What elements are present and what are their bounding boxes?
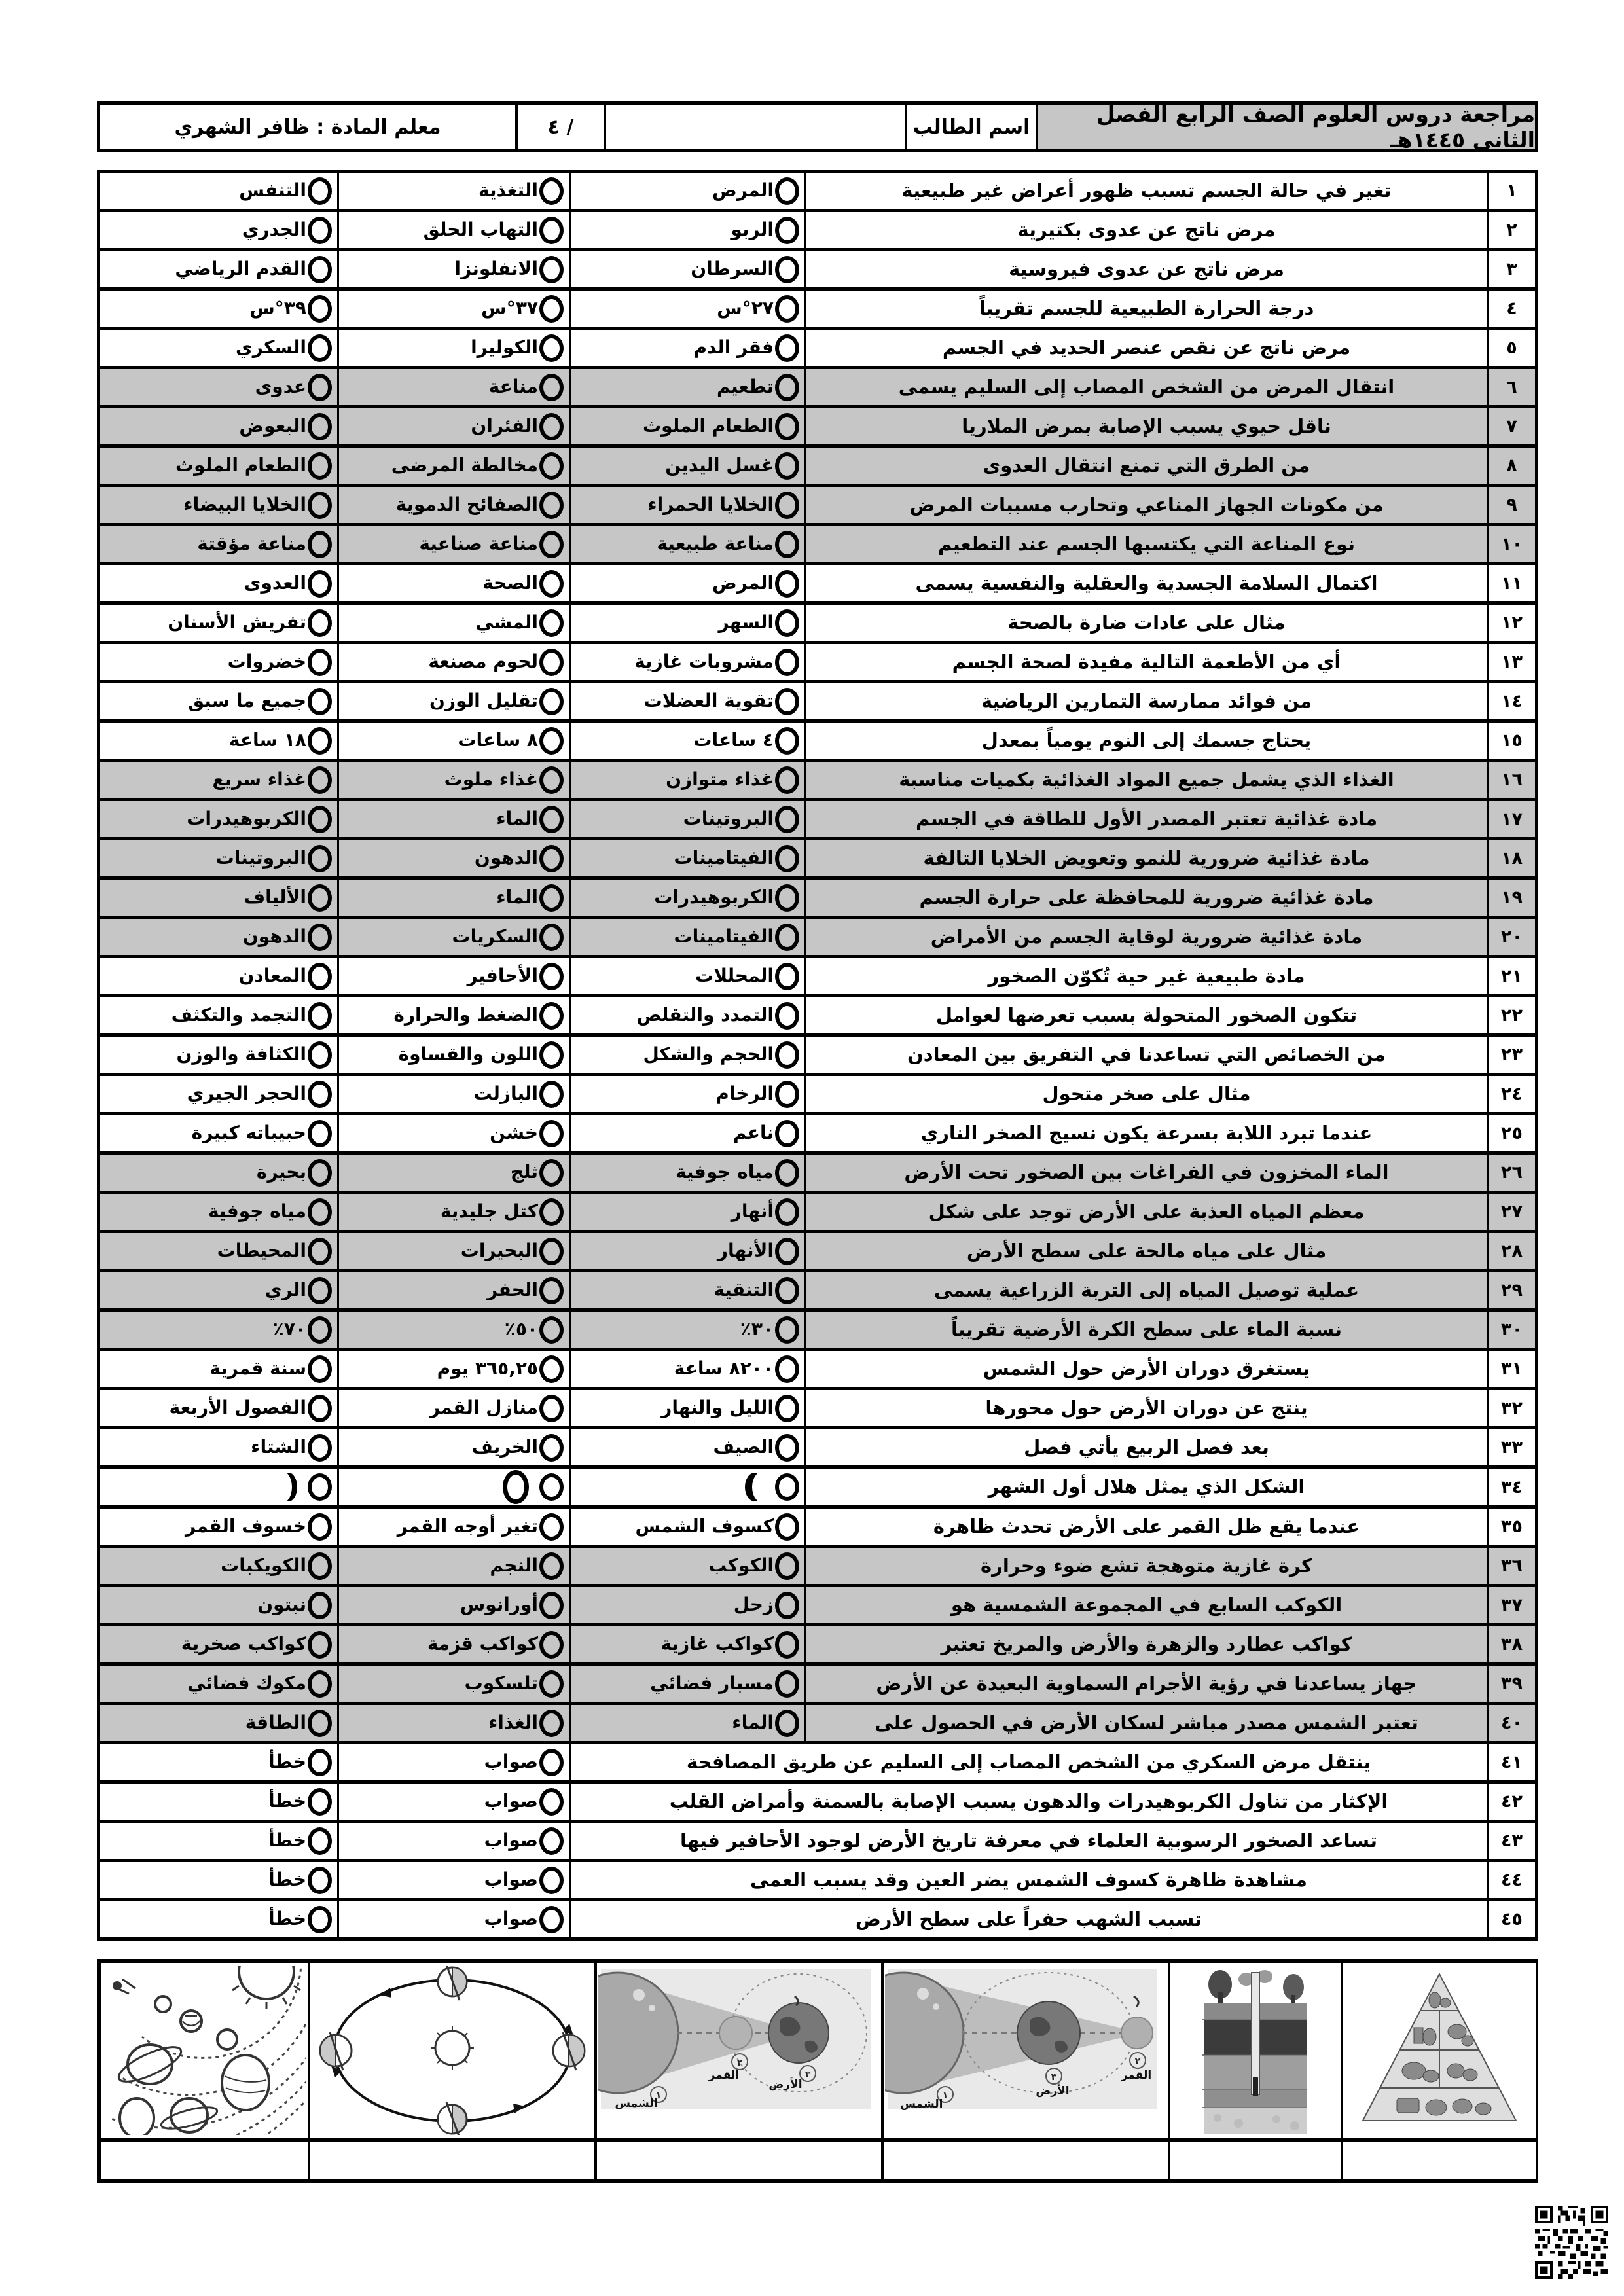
- answer-radio[interactable]: [775, 1355, 799, 1383]
- answer-radio[interactable]: [308, 1002, 332, 1030]
- option-cell: تقليل الوزن: [337, 683, 569, 719]
- answer-radio[interactable]: [775, 334, 799, 362]
- answer-radio[interactable]: [308, 1395, 332, 1422]
- question-number: ٣: [1487, 251, 1535, 287]
- option-cell: زحل: [569, 1587, 804, 1623]
- answer-radio[interactable]: [539, 1395, 564, 1422]
- question-number: ٢٣: [1487, 1037, 1535, 1073]
- answer-radio[interactable]: [775, 1081, 799, 1108]
- option-label: خضروات: [228, 652, 306, 672]
- answer-radio[interactable]: [308, 1316, 332, 1344]
- answer-radio[interactable]: [539, 806, 564, 833]
- answer-box[interactable]: [884, 2142, 1170, 2179]
- answer-radio[interactable]: [775, 1316, 799, 1344]
- answer-radio[interactable]: [539, 531, 564, 558]
- answer-radio[interactable]: [539, 374, 564, 401]
- answer-radio[interactable]: [775, 884, 799, 912]
- answer-radio[interactable]: [539, 1473, 564, 1501]
- question-text: مادة غذائية ضرورية للمحافظة على حرارة ال…: [804, 880, 1487, 916]
- option-cell: البحيرات: [337, 1233, 569, 1269]
- answer-radio[interactable]: [308, 1198, 332, 1226]
- question-text: من فوائد ممارسة التمارين الرياضية: [804, 683, 1487, 719]
- answer-radio[interactable]: [775, 1277, 799, 1304]
- answer-radio[interactable]: [775, 766, 799, 794]
- answer-radio[interactable]: [775, 1670, 799, 1698]
- option-cell: الأحافير: [337, 958, 569, 994]
- answer-radio[interactable]: [539, 1041, 564, 1069]
- answer-radio[interactable]: [539, 295, 564, 323]
- answer-radio[interactable]: [539, 727, 564, 755]
- answer-radio[interactable]: [539, 1710, 564, 1737]
- answer-radio[interactable]: [539, 177, 564, 205]
- answer-radio[interactable]: [308, 1081, 332, 1108]
- answer-radio[interactable]: [775, 727, 799, 755]
- answer-radio[interactable]: [539, 413, 564, 440]
- answer-radio[interactable]: [539, 492, 564, 519]
- svg-text:القمر: القمر: [708, 2069, 739, 2082]
- answer-radio[interactable]: [308, 531, 332, 558]
- question-number: ٢٧: [1487, 1194, 1535, 1230]
- answer-radio[interactable]: [775, 1592, 799, 1619]
- option-cell: [569, 1469, 804, 1505]
- question-row: ٢٩عملية توصيل المياه إلى التربة الزراعية…: [100, 1272, 1535, 1312]
- answer-radio[interactable]: [775, 688, 799, 715]
- answer-radio[interactable]: [775, 413, 799, 440]
- answer-radio[interactable]: [308, 688, 332, 715]
- answer-radio[interactable]: [539, 1788, 564, 1816]
- answer-radio[interactable]: [308, 1238, 332, 1265]
- answer-radio[interactable]: [308, 1159, 332, 1187]
- option-label: عدوى: [255, 377, 306, 397]
- option-cell: كسوف الشمس: [569, 1509, 804, 1545]
- answer-radio[interactable]: [308, 1827, 332, 1855]
- answer-radio[interactable]: [308, 1867, 332, 1894]
- option-cell: الحفر: [337, 1272, 569, 1308]
- answer-radio[interactable]: [539, 1316, 564, 1344]
- option-label: الكربوهيدرات: [654, 888, 774, 908]
- answer-radio[interactable]: [775, 217, 799, 244]
- question-number: ٣٩: [1487, 1666, 1535, 1702]
- answer-radio[interactable]: [308, 884, 332, 912]
- answer-radio[interactable]: [308, 1749, 332, 1776]
- option-cell: التغذية: [337, 173, 569, 209]
- option-label: مناعة طبيعية: [657, 534, 774, 554]
- crescent-right-icon: [280, 1473, 297, 1501]
- answer-radio[interactable]: [308, 1592, 332, 1619]
- answer-radio[interactable]: [308, 1120, 332, 1147]
- answer-radio[interactable]: [308, 295, 332, 323]
- question-row: ٤١ينتقل مرض السكري من الشخص المصاب إلى ا…: [100, 1744, 1535, 1784]
- option-label: تقليل الوزن: [429, 691, 538, 711]
- option-cell: غذاء ملوث: [337, 762, 569, 798]
- answer-radio[interactable]: [539, 256, 564, 283]
- question-row: ٢٢تتكون الصخور المتحولة بسبب تعرضها لعوا…: [100, 997, 1535, 1037]
- answer-radio[interactable]: [308, 845, 332, 872]
- option-cell: الصحة: [337, 565, 569, 601]
- answer-radio[interactable]: [308, 177, 332, 205]
- svg-text:٢: ٢: [737, 2058, 743, 2068]
- question-row: ١١اكتمال السلامة الجسدية والعقلية والنفس…: [100, 565, 1535, 605]
- option-cell: ثلج: [337, 1155, 569, 1191]
- answer-radio[interactable]: [308, 1434, 332, 1462]
- option-cell: النجم: [337, 1548, 569, 1584]
- question-text: مرض ناتج عن عدوى فيروسية: [804, 251, 1487, 287]
- question-number: ٨: [1487, 448, 1535, 484]
- option-label: الرخام: [715, 1084, 774, 1104]
- answer-radio[interactable]: [775, 924, 799, 951]
- option-label: المحللات: [695, 966, 774, 986]
- question-row: ٣٤الشكل الذي يمثل هلال أول الشهر: [100, 1469, 1535, 1509]
- question-text: مادة غذائية ضرورية للنمو وتعويض الخلايا …: [804, 840, 1487, 876]
- answer-radio[interactable]: [308, 256, 332, 283]
- question-number: ٤٤: [1487, 1862, 1535, 1898]
- option-label: صواب: [484, 1831, 538, 1851]
- answer-radio[interactable]: [308, 452, 332, 480]
- answer-radio[interactable]: [775, 256, 799, 283]
- answer-radio[interactable]: [775, 374, 799, 401]
- question-text: انتقال المرض من الشخص المصاب إلى السليم …: [804, 369, 1487, 405]
- option-label: التغذية: [478, 181, 538, 201]
- answer-box[interactable]: [1343, 2142, 1536, 2179]
- option-label: الماء: [496, 888, 538, 908]
- student-name-label: اسم الطالب: [905, 105, 1036, 149]
- answer-radio[interactable]: [539, 1238, 564, 1265]
- question-text: يحتاج جسمك إلى النوم يومياً بمعدل: [804, 723, 1487, 759]
- answer-radio[interactable]: [539, 963, 564, 990]
- option-label: الطعام الملوث: [643, 416, 774, 437]
- answer-radio[interactable]: [308, 1355, 332, 1383]
- answer-radio[interactable]: [308, 609, 332, 637]
- answer-radio[interactable]: [539, 924, 564, 951]
- answer-radio[interactable]: [539, 1081, 564, 1108]
- question-row: ٤٣تساعد الصخور الرسوبية العلماء في معرفة…: [100, 1823, 1535, 1862]
- answer-radio[interactable]: [539, 1749, 564, 1776]
- option-cell: الربو: [569, 212, 804, 248]
- answer-radio[interactable]: [539, 609, 564, 637]
- answer-radio[interactable]: [539, 1159, 564, 1187]
- question-text: من الطرق التي تمنع انتقال العدوى: [804, 448, 1487, 484]
- option-cell: مناعة طبيعية: [569, 526, 804, 562]
- question-row: ١٣أي من الأطعمة التالية مفيدة لصحة الجسم…: [100, 644, 1535, 683]
- option-label: تفريش الأسنان: [168, 613, 306, 633]
- question-number: ٣٦: [1487, 1548, 1535, 1584]
- option-cell: الجدري: [100, 212, 337, 248]
- option-cell: السكري: [100, 330, 337, 366]
- option-cell: ٧٠٪: [100, 1312, 337, 1348]
- answer-radio[interactable]: [308, 1513, 332, 1541]
- answer-radio[interactable]: [775, 452, 799, 480]
- option-cell: الطعام الملوث: [569, 408, 804, 444]
- option-label: الحجر الجيري: [187, 1084, 306, 1104]
- answer-radio[interactable]: [308, 374, 332, 401]
- option-cell: الفيتامينات: [569, 919, 804, 955]
- answer-radio[interactable]: [775, 845, 799, 872]
- answer-radio[interactable]: [539, 1513, 564, 1541]
- answer-radio[interactable]: [775, 177, 799, 205]
- answer-radio[interactable]: [539, 334, 564, 362]
- answer-radio[interactable]: [775, 806, 799, 833]
- question-text: تغير في حالة الجسم تسبب ظهور أعراض غير ط…: [804, 173, 1487, 209]
- option-label: المحيطات: [217, 1241, 306, 1261]
- answer-radio[interactable]: [775, 1238, 799, 1265]
- question-number: ١٨: [1487, 840, 1535, 876]
- option-label: نبتون: [257, 1595, 306, 1615]
- option-label: مناعة مؤقتة: [197, 534, 306, 554]
- answer-radio[interactable]: [308, 806, 332, 833]
- answer-radio[interactable]: [539, 1120, 564, 1147]
- answer-radio[interactable]: [308, 727, 332, 755]
- answer-radio[interactable]: [539, 1631, 564, 1659]
- question-number: ١٦: [1487, 762, 1535, 798]
- option-label: الربو: [731, 220, 774, 240]
- answer-radio[interactable]: [775, 295, 799, 323]
- answer-radio[interactable]: [539, 1355, 564, 1383]
- worksheet-title: مراجعة دروس العلوم الصف الرابع الفصل الث…: [1036, 105, 1535, 149]
- question-text: جهاز يساعدنا في رؤية الأجرام السماوية ال…: [804, 1666, 1487, 1702]
- answer-radio[interactable]: [775, 1710, 799, 1737]
- option-cell: الكويكبات: [100, 1548, 337, 1584]
- option-cell: الأنهار: [569, 1233, 804, 1269]
- answer-radio[interactable]: [308, 217, 332, 244]
- answer-radio[interactable]: [539, 217, 564, 244]
- solar-system-diagram: [101, 1963, 310, 2138]
- option-label: الفيتامينات: [674, 848, 774, 869]
- answer-radio[interactable]: [775, 492, 799, 519]
- question-text: مادة غذائية تعتبر المصدر الأول للطاقة في…: [804, 801, 1487, 837]
- option-label: التهاب الحلق: [424, 220, 538, 240]
- answer-radio[interactable]: [775, 1434, 799, 1462]
- answer-radio[interactable]: [775, 1513, 799, 1541]
- question-row: ٢٣من الخصائص التي تساعدنا في التفريق بين…: [100, 1037, 1535, 1076]
- option-label: كواكب قزمة: [427, 1634, 538, 1655]
- answer-radio[interactable]: [308, 766, 332, 794]
- option-cell: مناعة صناعية: [337, 526, 569, 562]
- option-label: صواب: [484, 1870, 538, 1890]
- answer-radio[interactable]: [539, 452, 564, 480]
- option-label: الحجم والشكل: [643, 1045, 774, 1065]
- svg-text:١: ١: [943, 2090, 948, 2101]
- option-cell: عدوى: [100, 369, 337, 405]
- option-cell: الليل والنهار: [569, 1390, 804, 1426]
- option-label: السكري: [236, 338, 306, 358]
- answer-radio[interactable]: [308, 413, 332, 440]
- option-cell: المشي: [337, 605, 569, 641]
- answer-radio[interactable]: [539, 884, 564, 912]
- svg-text:الشمس: الشمس: [615, 2097, 658, 2110]
- option-cell: الانفلونزا: [337, 251, 569, 287]
- question-text: الإكثار من تناول الكربوهيدرات والدهون يس…: [569, 1784, 1487, 1820]
- option-label: المعادن: [239, 966, 306, 986]
- option-label: السرطان: [691, 259, 774, 279]
- answer-radio[interactable]: [539, 1592, 564, 1619]
- student-name-input[interactable]: [604, 105, 905, 149]
- answer-box[interactable]: [310, 2142, 597, 2179]
- option-label: غذاء ملوث: [444, 770, 538, 790]
- option-label: غذاء متوازن: [666, 770, 774, 790]
- answer-radio[interactable]: [308, 1710, 332, 1737]
- option-label: الماء: [496, 809, 538, 829]
- food-pyramid-diagram: [1343, 1963, 1536, 2138]
- option-cell: لحوم مصنعة: [337, 644, 569, 680]
- answer-radio[interactable]: [539, 1670, 564, 1698]
- answer-radio[interactable]: [775, 531, 799, 558]
- answer-radio[interactable]: [308, 1277, 332, 1304]
- question-row: ٢٠مادة غذائية ضرورية لوقاية الجسم من الأ…: [100, 919, 1535, 958]
- option-cell: أورانوس: [337, 1587, 569, 1623]
- option-label: البحيرات: [461, 1241, 538, 1261]
- question-number: ٢: [1487, 212, 1535, 248]
- question-text: بعد فصل الربيع يأتي فصل: [804, 1429, 1487, 1465]
- solar-eclipse-diagram: ١ الشمس ٢ القمر ٣ الأرض: [597, 1963, 884, 2138]
- option-cell: ٣٦٥,٢٥ يوم: [337, 1351, 569, 1387]
- question-number: ١٩: [1487, 880, 1535, 916]
- answer-radio[interactable]: [775, 1631, 799, 1659]
- option-label: حبيباته كبيرة: [192, 1123, 306, 1143]
- option-cell: الضغط والحرارة: [337, 997, 569, 1033]
- option-label: ٤ ساعات: [693, 730, 774, 751]
- answer-radio[interactable]: [775, 1120, 799, 1147]
- answer-radio[interactable]: [539, 688, 564, 715]
- option-label: ١٨ ساعة: [229, 730, 306, 751]
- question-row: ٤٢الإكثار من تناول الكربوهيدرات والدهون …: [100, 1784, 1535, 1823]
- option-cell: البروتينات: [100, 840, 337, 876]
- option-cell: الصفائح الدموية: [337, 487, 569, 523]
- option-cell: ٣٧°س: [337, 291, 569, 327]
- answer-radio[interactable]: [308, 492, 332, 519]
- option-label: الحفر: [487, 1280, 538, 1300]
- question-text: مادة غذائية ضرورية لوقاية الجسم من الأمر…: [804, 919, 1487, 955]
- answer-radio[interactable]: [775, 1198, 799, 1226]
- answer-radio[interactable]: [539, 1277, 564, 1304]
- answer-radio[interactable]: [539, 1198, 564, 1226]
- option-label: النجم: [490, 1556, 538, 1576]
- earth-seasons-orbit-diagram: [310, 1963, 597, 2138]
- answer-radio[interactable]: [775, 570, 799, 598]
- answer-radio[interactable]: [775, 609, 799, 637]
- answer-radio[interactable]: [775, 1473, 799, 1501]
- option-label: المرض: [712, 181, 774, 201]
- answer-radio[interactable]: [308, 1788, 332, 1816]
- answer-box[interactable]: [1170, 2142, 1343, 2179]
- answer-box[interactable]: [597, 2142, 884, 2179]
- option-label: تغير أوجه القمر: [397, 1516, 538, 1537]
- answer-radio[interactable]: [775, 649, 799, 676]
- option-label: غذاء سريع: [212, 770, 306, 790]
- teacher-label: معلم المادة : ظافر الشهري: [100, 105, 515, 149]
- option-cell: الفئران: [337, 408, 569, 444]
- answer-radio[interactable]: [539, 1906, 564, 1933]
- answer-radio[interactable]: [775, 1002, 799, 1030]
- option-label: اللون والقساوة: [399, 1045, 538, 1065]
- question-number: ٣٤: [1487, 1469, 1535, 1505]
- answer-radio[interactable]: [308, 649, 332, 676]
- option-cell: العدوى: [100, 565, 337, 601]
- answer-radio[interactable]: [308, 1552, 332, 1580]
- option-cell: مياه جوفية: [569, 1155, 804, 1191]
- option-cell: الري: [100, 1272, 337, 1308]
- option-cell: غسل اليدين: [569, 448, 804, 484]
- question-number: ٤: [1487, 291, 1535, 327]
- answer-radio[interactable]: [308, 1473, 332, 1501]
- question-row: ١٥يحتاج جسمك إلى النوم يومياً بمعدل٤ ساع…: [100, 723, 1535, 762]
- answer-radio[interactable]: [775, 1159, 799, 1187]
- answer-radio[interactable]: [308, 924, 332, 951]
- answer-radio[interactable]: [308, 1670, 332, 1698]
- crescent-left-icon: [745, 1473, 765, 1501]
- option-label: الكثافة والوزن: [177, 1045, 307, 1065]
- answer-radio[interactable]: [308, 1631, 332, 1659]
- answer-radio[interactable]: [775, 1041, 799, 1069]
- option-cell: ٣٩°س: [100, 291, 337, 327]
- option-cell: مخالطة المرضى: [337, 448, 569, 484]
- option-label: مناعة: [489, 377, 538, 397]
- answer-radio[interactable]: [539, 845, 564, 872]
- option-label: ٣٠٪: [740, 1319, 774, 1340]
- option-label: الصيف: [713, 1437, 774, 1458]
- option-cell: صواب: [337, 1823, 569, 1859]
- question-row: ٣١يستغرق دوران الأرض حول الشمس٨٢٠٠ ساعة٣…: [100, 1351, 1535, 1390]
- answer-radio[interactable]: [539, 1867, 564, 1894]
- qr-code: [1535, 2206, 1608, 2279]
- answer-radio[interactable]: [775, 963, 799, 990]
- option-label: العدوى: [244, 573, 306, 594]
- option-cell: مكوك فضائي: [100, 1666, 337, 1702]
- answer-radio[interactable]: [539, 766, 564, 794]
- answer-radio[interactable]: [775, 1395, 799, 1422]
- question-text: من مكونات الجهاز المناعي وتحارب مسببات ا…: [804, 487, 1487, 523]
- answer-radio[interactable]: [308, 334, 332, 362]
- answer-radio[interactable]: [308, 963, 332, 990]
- answer-radio[interactable]: [539, 1827, 564, 1855]
- answer-radio[interactable]: [308, 570, 332, 598]
- option-cell: نبتون: [100, 1587, 337, 1623]
- answer-radio[interactable]: [539, 570, 564, 598]
- option-label: ناعم: [733, 1123, 774, 1143]
- option-label: صواب: [484, 1752, 538, 1772]
- option-label: ٨٢٠٠ ساعة: [674, 1359, 774, 1379]
- option-label: ٥٠٪: [505, 1319, 538, 1340]
- question-text: مادة طبيعية غير حية تُكوّن الصخور: [804, 958, 1487, 994]
- option-cell: الكوليرا: [337, 330, 569, 366]
- option-label: سنة قمرية: [209, 1359, 306, 1379]
- answer-radio[interactable]: [308, 1906, 332, 1933]
- answer-radio[interactable]: [539, 1552, 564, 1580]
- answer-radio[interactable]: [775, 1552, 799, 1580]
- option-cell: حبيباته كبيرة: [100, 1115, 337, 1151]
- grade-box: / ٤: [515, 105, 604, 149]
- answer-radio[interactable]: [539, 1002, 564, 1030]
- option-cell: مناعة: [337, 369, 569, 405]
- option-label: تطعيم: [717, 377, 774, 397]
- option-label: ثلج: [511, 1162, 538, 1183]
- option-label: تلسكوب: [465, 1674, 538, 1694]
- option-cell: غذاء متوازن: [569, 762, 804, 798]
- option-cell: المرض: [569, 565, 804, 601]
- answer-radio[interactable]: [308, 1041, 332, 1069]
- svg-text:٣: ٣: [1051, 2072, 1057, 2083]
- question-number: ٣٢: [1487, 1390, 1535, 1426]
- option-label: الانفلونزا: [454, 259, 538, 279]
- option-cell: مناعة مؤقتة: [100, 526, 337, 562]
- question-row: ٣٩جهاز يساعدنا في رؤية الأجرام السماوية …: [100, 1666, 1535, 1705]
- option-cell: تغير أوجه القمر: [337, 1509, 569, 1545]
- question-text: ناقل حيوي يسبب الإصابة بمرض الملاريا: [804, 408, 1487, 444]
- option-label: مشروبات غازية: [634, 652, 774, 672]
- answer-radio[interactable]: [539, 1434, 564, 1462]
- answer-radio[interactable]: [539, 649, 564, 676]
- option-cell: المحللات: [569, 958, 804, 994]
- answer-box[interactable]: [101, 2142, 310, 2179]
